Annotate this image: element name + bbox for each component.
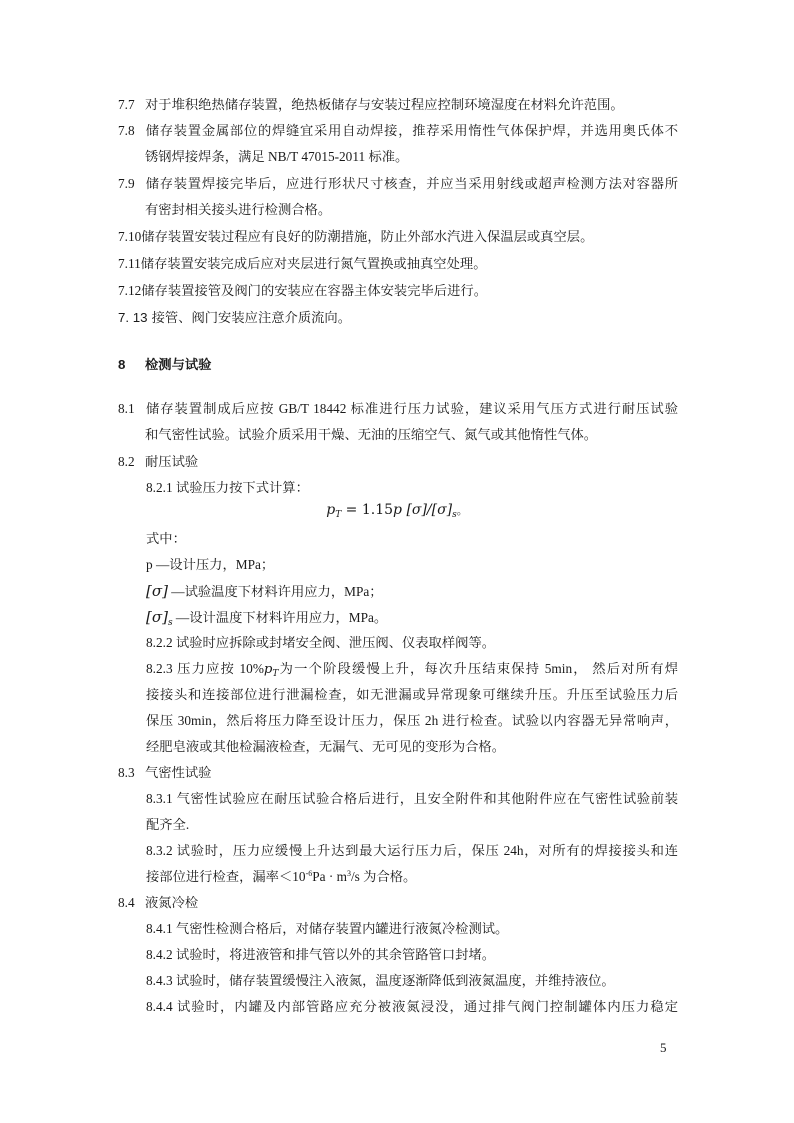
clause-8-4: 8.4液氮冷检	[118, 894, 678, 912]
clause-8-1-continuation: 和气密性试验。试验介质采用干燥、无油的压缩空气、氮气或其他惰性气体。	[145, 426, 705, 444]
clause-number: 8.3	[118, 764, 145, 782]
clause-number: 7. 13	[118, 309, 148, 327]
clause-number: 8.2	[118, 453, 145, 471]
clause-8-4-3: 8.4.3 试验时，储存装置缓慢注入液氮，温度逐渐降低到液氮温度，并维持液位。	[146, 972, 678, 990]
clause-8-3-2-line2: 接部位进行检查，漏率＜10-6Pa · m3/s 为合格。	[146, 868, 678, 886]
clause-8-3-2: 8.3.2 试验时，压力应缓慢上升达到最大运行压力后，保压 24h，对所有的焊接…	[146, 842, 678, 860]
clause-text: 储存装置安装完成后应对夹层进行氮气置换或抽真空处理。	[141, 256, 487, 271]
clause-8-3: 8.3气密性试验	[118, 764, 678, 782]
clause-text: 储存装置接管及阀门的安装应在容器主体安装完毕后进行。	[141, 283, 487, 298]
clause-number: 7.10	[118, 228, 141, 246]
clause-8-2-3: 8.2.3 压力应按 10%pT为一个阶段缓慢上升，每次升压结束保持 5min，…	[146, 660, 678, 679]
document-page: 7.7对于堆积绝热储存装置，绝热板储存与安装过程应控制环境湿度在材料允许范围。 …	[0, 0, 794, 1123]
definition-p: p —设计压力，MPa；	[146, 556, 678, 574]
clause-text: 储存装置安装过程应有良好的防潮措施，防止外部水汽进入保温层或真空层。	[141, 229, 593, 244]
clause-title: 气密性试验	[145, 765, 211, 780]
clause-7-12: 7.12储存装置接管及阀门的安装应在容器主体安装完毕后进行。	[118, 282, 678, 300]
clause-8-2-3-line4: 经肥皂液或其他检漏液检查，无漏气、无可见的变形为合格。	[146, 738, 678, 756]
clause-8-2-3-line3: 保压 30min，然后将压力降至设计压力，保压 2h 进行检查。试验以内容器无异…	[146, 712, 678, 730]
definition-sigma: [σ] —试验温度下材料许用应力，MPa；	[146, 582, 678, 601]
clause-7-7: 7.7对于堆积绝热储存装置，绝热板储存与安装过程应控制环境湿度在材料允许范围。	[118, 96, 678, 114]
clause-title: 耐压试验	[145, 454, 198, 469]
clause-7-9: 7.9储存装置焊接完毕后，应进行形状尺寸核查，并应当采用射线或超声检测方法对容器…	[118, 175, 678, 193]
formula-where-label: 式中：	[146, 530, 678, 548]
clause-8-4-2: 8.4.2 试验时，将进液管和排气管以外的其余管路管口封堵。	[146, 946, 678, 964]
formula-test-pressure: pT = 1.15p [σ]/[σ]s。	[0, 502, 794, 518]
clause-7-8: 7.8储存装置金属部位的焊缝宜采用自动焊接，推荐采用惰性气体保护焊，并选用奥氏体…	[118, 122, 678, 140]
clause-number: 7.11	[118, 255, 141, 273]
clause-8-4-1: 8.4.1 气密性检测合格后，对储存装置内罐进行液氮冷检测试。	[146, 920, 678, 938]
clause-text: 储存装置金属部位的焊缝宜采用自动焊接，推荐采用惰性气体保护焊，并选用奥氏体不	[145, 123, 678, 138]
clause-number: 7.8	[118, 122, 145, 140]
clause-8-2-2: 8.2.2 试验时应拆除或封堵安全阀、泄压阀、仪表取样阀等。	[146, 634, 678, 652]
clause-7-10: 7.10储存装置安装过程应有良好的防潮措施，防止外部水汽进入保温层或真空层。	[118, 228, 678, 246]
clause-8-3-1-line2: 配齐全.	[146, 816, 678, 834]
clause-7-8-continuation: 锈钢焊接焊条，满足 NB/T 47015-2011 标准。	[145, 148, 705, 166]
section-title: 检测与试验	[145, 357, 211, 372]
clause-8-3-1: 8.3.1 气密性试验应在耐压试验合格后进行，且安全附件和其他附件应在气密性试验…	[146, 790, 678, 808]
clause-number: 7.12	[118, 282, 141, 300]
clause-text: 储存装置焊接完毕后，应进行形状尺寸核查，并应当采用射线或超声检测方法对容器所	[145, 176, 678, 191]
clause-8-1: 8.1储存装置制成后应按 GB/T 18442 标准进行压力试验，建议采用气压方…	[118, 400, 678, 418]
section-heading-8: 8检测与试验	[118, 356, 678, 374]
definition-sigma-s: [σ]s —设计温度下材料许用应力，MPa。	[146, 608, 678, 627]
clause-title: 液氮冷检	[145, 895, 198, 910]
clause-number: 8.4	[118, 894, 145, 912]
clause-text: 对于堆积绝热储存装置，绝热板储存与安装过程应控制环境湿度在材料允许范围。	[145, 97, 624, 112]
clause-number: 8.1	[118, 400, 145, 418]
clause-8-2-1: 8.2.1 试验压力按下式计算：	[146, 479, 678, 497]
section-number: 8	[118, 356, 145, 374]
clause-number: 7.7	[118, 96, 145, 114]
clause-7-13: 7. 13接管、阀门安装应注意介质流向。	[118, 309, 678, 327]
clause-8-2: 8.2耐压试验	[118, 453, 678, 471]
clause-8-2-3-line2: 接接头和连接部位进行泄漏检查，如无泄漏或异常现象可继续升压。升压至试验压力后	[146, 686, 678, 704]
clause-7-11: 7.11储存装置安装完成后应对夹层进行氮气置换或抽真空处理。	[118, 255, 678, 273]
clause-7-9-continuation: 有密封相关接头进行检测合格。	[145, 201, 705, 219]
clause-number: 7.9	[118, 175, 145, 193]
clause-8-4-4: 8.4.4 试验时，内罐及内部管路应充分被液氮浸没，通过排气阀门控制罐体内压力稳…	[146, 998, 678, 1016]
clause-text: 储存装置制成后应按 GB/T 18442 标准进行压力试验，建议采用气压方式进行…	[145, 401, 678, 416]
clause-text: 接管、阀门安装应注意介质流向。	[152, 310, 351, 325]
page-number: 5	[660, 1040, 667, 1056]
